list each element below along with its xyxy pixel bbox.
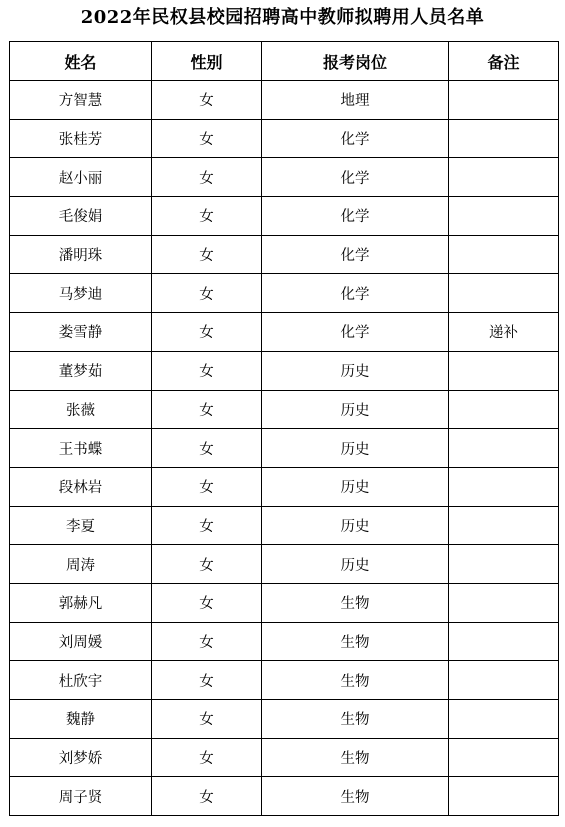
cell-name: 刘梦娇 bbox=[10, 738, 152, 777]
table-row: 杜欣宇 女 生物 bbox=[10, 661, 559, 700]
cell-name: 魏静 bbox=[10, 700, 152, 739]
table-row: 魏静 女 生物 bbox=[10, 700, 559, 739]
table-row: 李夏 女 历史 bbox=[10, 506, 559, 545]
column-header-gender: 性别 bbox=[152, 42, 262, 81]
cell-note bbox=[449, 545, 559, 584]
cell-name: 毛俊娟 bbox=[10, 197, 152, 236]
cell-gender: 女 bbox=[152, 313, 262, 352]
cell-name: 李夏 bbox=[10, 506, 152, 545]
cell-post: 生物 bbox=[262, 777, 449, 816]
cell-name: 周子贤 bbox=[10, 777, 152, 816]
cell-name: 马梦迪 bbox=[10, 274, 152, 313]
cell-note bbox=[449, 81, 559, 120]
cell-note bbox=[449, 390, 559, 429]
cell-note bbox=[449, 351, 559, 390]
cell-post: 化学 bbox=[262, 119, 449, 158]
cell-note bbox=[449, 661, 559, 700]
cell-note bbox=[449, 119, 559, 158]
cell-post: 历史 bbox=[262, 506, 449, 545]
cell-name: 段林岩 bbox=[10, 467, 152, 506]
cell-name: 刘周媛 bbox=[10, 622, 152, 661]
cell-name: 杜欣宇 bbox=[10, 661, 152, 700]
table-row: 周涛 女 历史 bbox=[10, 545, 559, 584]
table-row: 王书蝶 女 历史 bbox=[10, 429, 559, 468]
cell-gender: 女 bbox=[152, 506, 262, 545]
cell-gender: 女 bbox=[152, 390, 262, 429]
cell-gender: 女 bbox=[152, 467, 262, 506]
cell-name: 方智慧 bbox=[10, 81, 152, 120]
cell-gender: 女 bbox=[152, 777, 262, 816]
cell-name: 董梦茹 bbox=[10, 351, 152, 390]
cell-gender: 女 bbox=[152, 81, 262, 120]
table-row: 潘明珠 女 化学 bbox=[10, 235, 559, 274]
cell-gender: 女 bbox=[152, 351, 262, 390]
cell-post: 化学 bbox=[262, 235, 449, 274]
cell-post: 历史 bbox=[262, 467, 449, 506]
cell-note bbox=[449, 429, 559, 468]
cell-note bbox=[449, 158, 559, 197]
cell-gender: 女 bbox=[152, 235, 262, 274]
cell-name: 张桂芳 bbox=[10, 119, 152, 158]
cell-gender: 女 bbox=[152, 738, 262, 777]
cell-note bbox=[449, 622, 559, 661]
cell-name: 周涛 bbox=[10, 545, 152, 584]
table-row: 周子贤 女 生物 bbox=[10, 777, 559, 816]
cell-note: 递补 bbox=[449, 313, 559, 352]
cell-gender: 女 bbox=[152, 622, 262, 661]
table-row: 董梦茹 女 历史 bbox=[10, 351, 559, 390]
cell-post: 化学 bbox=[262, 197, 449, 236]
cell-post: 化学 bbox=[262, 158, 449, 197]
table-row: 郭赫凡 女 生物 bbox=[10, 583, 559, 622]
table-row: 马梦迪 女 化学 bbox=[10, 274, 559, 313]
table-row: 张薇 女 历史 bbox=[10, 390, 559, 429]
cell-note bbox=[449, 467, 559, 506]
cell-post: 生物 bbox=[262, 738, 449, 777]
cell-name: 娄雪静 bbox=[10, 313, 152, 352]
cell-name: 郭赫凡 bbox=[10, 583, 152, 622]
cell-gender: 女 bbox=[152, 274, 262, 313]
column-header-name: 姓名 bbox=[10, 42, 152, 81]
table-row: 毛俊娟 女 化学 bbox=[10, 197, 559, 236]
cell-name: 潘明珠 bbox=[10, 235, 152, 274]
cell-name: 赵小丽 bbox=[10, 158, 152, 197]
cell-note bbox=[449, 583, 559, 622]
column-header-note: 备注 bbox=[449, 42, 559, 81]
cell-name: 张薇 bbox=[10, 390, 152, 429]
cell-gender: 女 bbox=[152, 700, 262, 739]
cell-post: 历史 bbox=[262, 351, 449, 390]
cell-post: 历史 bbox=[262, 429, 449, 468]
table-row: 方智慧 女 地理 bbox=[10, 81, 559, 120]
cell-note bbox=[449, 777, 559, 816]
table-header-row: 姓名 性别 报考岗位 备注 bbox=[10, 42, 559, 81]
table-row: 刘梦娇 女 生物 bbox=[10, 738, 559, 777]
table-row: 段林岩 女 历史 bbox=[10, 467, 559, 506]
cell-gender: 女 bbox=[152, 429, 262, 468]
table-row: 张桂芳 女 化学 bbox=[10, 119, 559, 158]
table-row: 娄雪静 女 化学 递补 bbox=[10, 313, 559, 352]
cell-gender: 女 bbox=[152, 661, 262, 700]
cell-post: 生物 bbox=[262, 661, 449, 700]
cell-post: 生物 bbox=[262, 700, 449, 739]
cell-gender: 女 bbox=[152, 583, 262, 622]
table-body: 方智慧 女 地理 张桂芳 女 化学 赵小丽 女 化学 毛俊娟 女 化学 潘明珠 … bbox=[10, 81, 559, 816]
cell-note bbox=[449, 738, 559, 777]
cell-post: 历史 bbox=[262, 545, 449, 584]
cell-note bbox=[449, 197, 559, 236]
column-header-post: 报考岗位 bbox=[262, 42, 449, 81]
cell-post: 化学 bbox=[262, 313, 449, 352]
cell-name: 王书蝶 bbox=[10, 429, 152, 468]
hiring-roster-table: 姓名 性别 报考岗位 备注 方智慧 女 地理 张桂芳 女 化学 赵小丽 女 化学… bbox=[9, 41, 559, 816]
cell-note bbox=[449, 274, 559, 313]
document-title: 2022年民权县校园招聘高中教师拟聘用人员名单 bbox=[0, 6, 565, 30]
cell-gender: 女 bbox=[152, 197, 262, 236]
cell-gender: 女 bbox=[152, 158, 262, 197]
cell-note bbox=[449, 506, 559, 545]
cell-note bbox=[449, 700, 559, 739]
table-row: 刘周媛 女 生物 bbox=[10, 622, 559, 661]
cell-note bbox=[449, 235, 559, 274]
cell-post: 生物 bbox=[262, 583, 449, 622]
cell-post: 地理 bbox=[262, 81, 449, 120]
cell-gender: 女 bbox=[152, 545, 262, 584]
table-row: 赵小丽 女 化学 bbox=[10, 158, 559, 197]
cell-post: 历史 bbox=[262, 390, 449, 429]
cell-gender: 女 bbox=[152, 119, 262, 158]
cell-post: 生物 bbox=[262, 622, 449, 661]
cell-post: 化学 bbox=[262, 274, 449, 313]
